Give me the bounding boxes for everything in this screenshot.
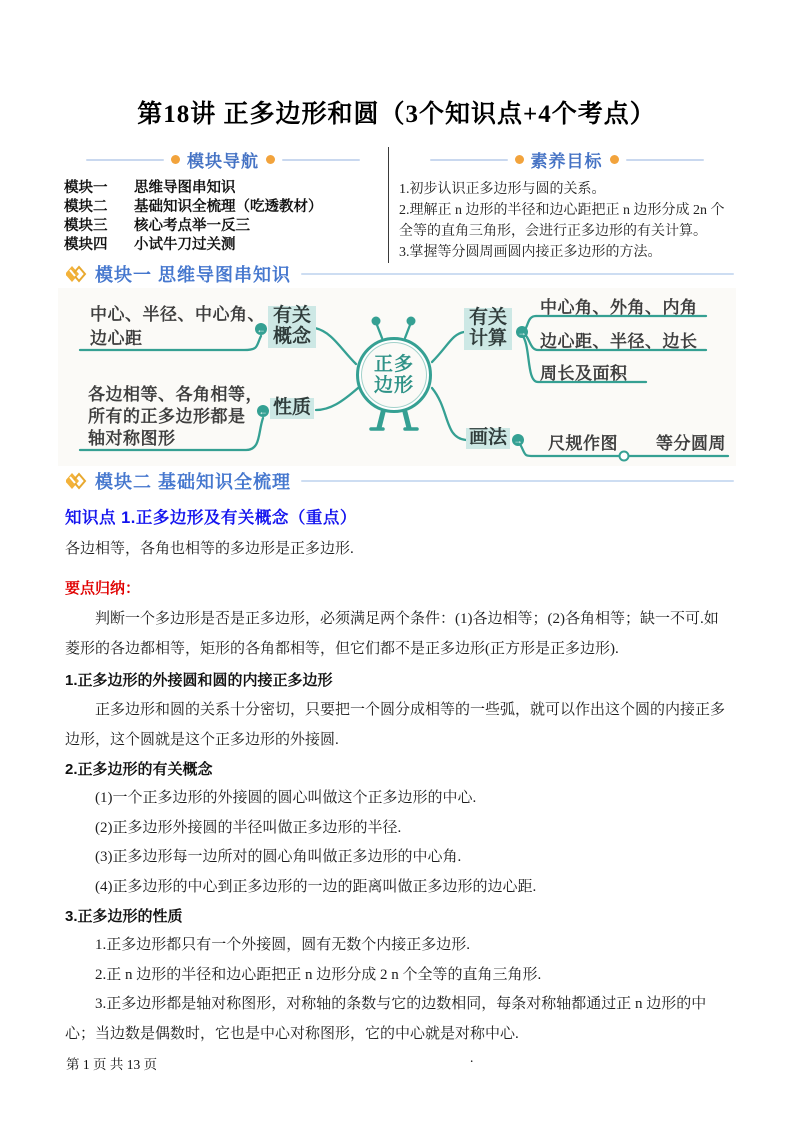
concept-item-2: (2)正多边形外接圆的半径叫做正多边形的半径. [65, 814, 733, 844]
goals-list: 1.初步认识正多边形与圆的关系。 2.理解正 n 边形的半径和边心距把正 n 边… [399, 179, 734, 263]
branch-label-text: 有关 [467, 308, 509, 329]
nav-item-text: 小试牛刀过关测 [134, 236, 236, 255]
summary-paragraph: 判断一个多边形是否是正多边形，必须满足两个条件：(1)各边相等；(2)各角相等；… [65, 604, 733, 664]
goal-item: 3.掌握等分圆周画圆内接正多边形的方法。 [399, 242, 734, 263]
leaf-calc-2: 边心距、半径、边长 [540, 327, 698, 352]
leaf-properties-line3: 轴对称图形 [88, 424, 176, 449]
module-nav-header: 模块导航 [64, 147, 382, 172]
concept-item-4: (4)正多边形的中心到正多边形的一边的距离叫做正多边形的边心距. [65, 873, 733, 903]
goals-title: 素养目标 [531, 147, 603, 172]
branch-label-text: 概念 [271, 327, 313, 348]
section2-title: 模块二 基础知识全梳理 [95, 468, 291, 494]
branch-label-concepts: 有关 概念 [268, 306, 316, 348]
leaf-concepts-line1: 中心、半径、中心角、 [90, 300, 265, 325]
bullet-dot-icon [171, 155, 180, 164]
divider-line [626, 159, 704, 161]
section-rule [301, 273, 734, 275]
svg-text:←: ← [257, 325, 266, 335]
nav-item-text: 核心考点举一反三 [134, 217, 250, 236]
section-rule [301, 480, 734, 482]
mindmap-center-node: 正多 边形 [356, 337, 432, 413]
subheading-2: 2.正多边形的有关概念 [65, 755, 733, 784]
page-title: 第18讲 正多边形和圆（3个知识点+4个考点） [0, 94, 793, 130]
goals-panel: 素养目标 1.初步认识正多边形与圆的关系。 2.理解正 n 边形的半径和边心距把… [388, 147, 734, 263]
body-content: 知识点 1.正多边形及有关概念（重点） 各边相等，各角也相等的多边形是正多边形.… [65, 504, 733, 1049]
nav-item-module-3: 模块三 核心考点举一反三 [64, 217, 382, 236]
branch-label-properties: 性质 [270, 398, 314, 419]
goal-item: 2.理解正 n 边形的半径和边心距把正 n 边形分成 2n 个全等的直角三角形，… [399, 200, 734, 242]
center-node-text: 边形 [374, 375, 414, 396]
module-nav-panel: 模块导航 模块一 思维导图串知识 模块二 基础知识全梳理（吃透教材） 模块三 核… [64, 147, 388, 263]
property-item-2: 2.正 n 边形的半径和边心距把正 n 边形分成 2 n 个全等的直角三角形. [65, 961, 733, 991]
bullet-dot-icon [515, 155, 524, 164]
leaf-draw-1: 尺规作图 [548, 429, 618, 454]
nav-item-module-2: 模块二 基础知识全梳理（吃透教材） [64, 198, 382, 217]
nav-item-label: 模块四 [64, 236, 118, 255]
branch-label-text: 计算 [467, 329, 509, 350]
nav-item-text: 基础知识全梳理（吃透教材） [134, 198, 323, 217]
kp-intro-paragraph: 各边相等，各角也相等的多边形是正多边形. [65, 534, 733, 564]
page-number-label: 第 1 页 共 13 页 [66, 1053, 157, 1073]
property-item-1: 1.正多边形都只有一个外接圆，圆有无数个内接正多边形. [65, 931, 733, 961]
section1-title: 模块一 思维导图串知识 [95, 261, 291, 287]
knowledge-point-heading: 知识点 1.正多边形及有关概念（重点） [65, 504, 733, 528]
module-nav-title: 模块导航 [187, 147, 259, 172]
concept-item-3: (3)正多边形每一边所对的圆心角叫做正多边形的中心角. [65, 843, 733, 873]
stray-dot: . [470, 1050, 473, 1066]
branch-label-drawing: 画法 [466, 428, 510, 449]
section1-header: 模块一 思维导图串知识 [66, 261, 734, 287]
property-item-3: 3.正多边形都是轴对称图形，对称轴的条数与它的边数相同，每条对称轴都通过正 n … [65, 990, 733, 1049]
double-diamond-icon [66, 471, 88, 491]
subheading-1: 1.正多边形的外接圆和圆的内接正多边形 [65, 666, 733, 695]
leaf-concepts-line2: 边心距 [90, 324, 143, 349]
module-nav-list: 模块一 思维导图串知识 模块二 基础知识全梳理（吃透教材） 模块三 核心考点举一… [64, 179, 382, 255]
goal-item: 1.初步认识正多边形与圆的关系。 [399, 179, 734, 200]
center-node-text: 正多 [374, 354, 414, 375]
concept-item-1: (1)一个正多边形的外接圆的圆心叫做这个正多边形的中心. [65, 784, 733, 814]
nav-item-label: 模块一 [64, 179, 118, 198]
summary-label: 要点归纳： [65, 576, 733, 602]
svg-text:←: ← [259, 407, 268, 417]
divider-line [430, 159, 508, 161]
bullet-dot-icon [266, 155, 275, 164]
nav-item-label: 模块二 [64, 198, 118, 217]
branch-label-text: 有关 [271, 306, 313, 327]
leaf-calc-3: 周长及面积 [540, 359, 628, 384]
bullet-dot-icon [610, 155, 619, 164]
svg-text:→: → [514, 436, 523, 446]
mindmap-figure: ← ← → → 正多 边形 有关 概念 中心、半径、中心角、 边心距 性质 各边… [58, 288, 736, 466]
document-page: 第18讲 正多边形和圆（3个知识点+4个考点） 模块导航 模块一 思维导图串知识… [0, 0, 793, 1122]
svg-text:→: → [518, 328, 527, 338]
divider-line [282, 159, 360, 161]
double-diamond-icon [66, 264, 88, 284]
paragraph-1: 正多边形和圆的关系十分密切，只要把一个圆分成相等的一些弧，就可以作出这个圆的内接… [65, 695, 733, 755]
leaf-calc-1: 中心角、外角、内角 [540, 293, 698, 318]
section2-header: 模块二 基础知识全梳理 [66, 468, 734, 494]
top-panels: 模块导航 模块一 思维导图串知识 模块二 基础知识全梳理（吃透教材） 模块三 核… [64, 147, 734, 263]
goals-header: 素养目标 [399, 147, 734, 172]
subheading-3: 3.正多边形的性质 [65, 902, 733, 931]
branch-label-calculations: 有关 计算 [464, 308, 512, 350]
nav-item-module-1: 模块一 思维导图串知识 [64, 179, 382, 198]
nav-item-label: 模块三 [64, 217, 118, 236]
leaf-draw-2: 等分圆周 [656, 429, 726, 454]
nav-item-module-4: 模块四 小试牛刀过关测 [64, 236, 382, 255]
nav-item-text: 思维导图串知识 [134, 179, 236, 198]
divider-line [86, 159, 164, 161]
